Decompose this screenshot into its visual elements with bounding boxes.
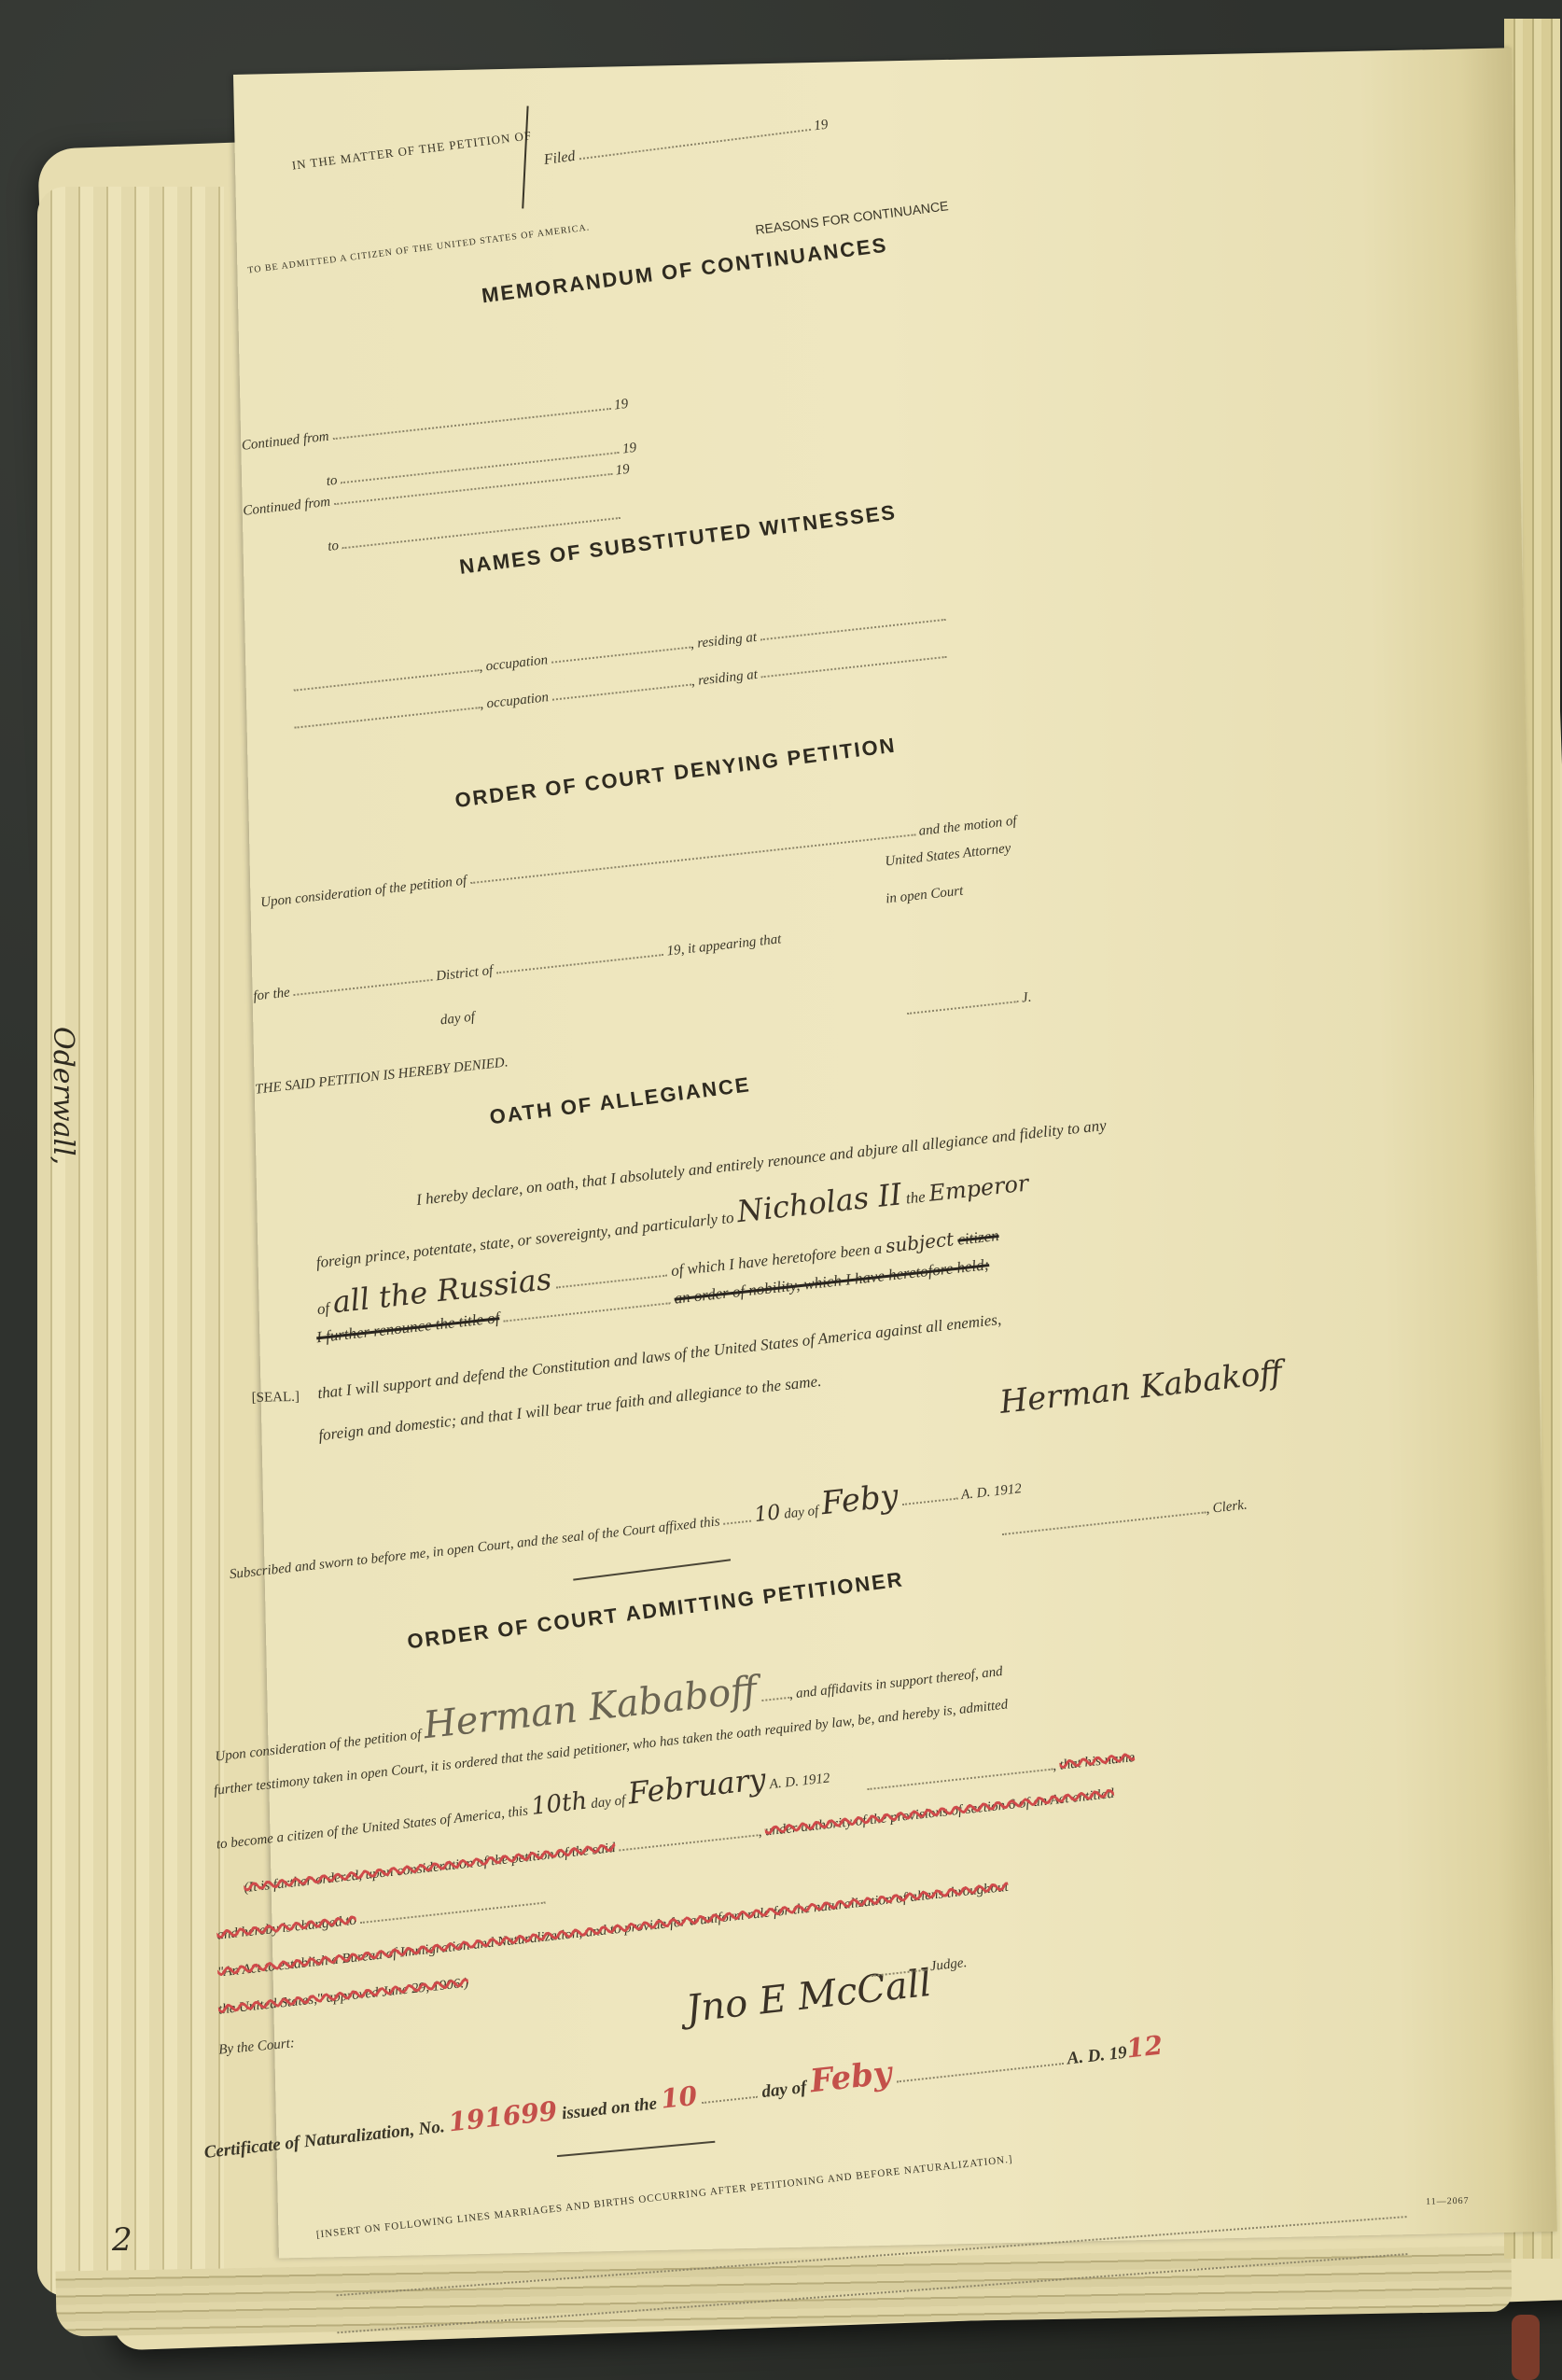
struck-citizen: citizen (956, 1226, 999, 1249)
filed-line: Filed 19 (543, 117, 830, 169)
denied-statement: THE SAID PETITION IS HEREBY DENIED. (255, 1055, 509, 1098)
certificate-year: 12 (1124, 2030, 1164, 2065)
filed-year: 19 (813, 118, 829, 134)
bookmark-ribbon (1512, 2315, 1540, 2380)
denying-day-of: day of (439, 1010, 476, 1029)
insert-note: [INSERT ON FOLLOWING LINES MARRIAGES AND… (315, 2154, 1013, 2241)
admit-label: TO BE ADMITTED A CITIZEN OF THE UNITED S… (246, 217, 591, 277)
filed-label: Filed (543, 148, 577, 168)
denying-judge: J. (906, 990, 1032, 1019)
oath-title: OATH OF ALLEGIANCE (488, 1072, 752, 1129)
certificate-month: Feby (808, 2054, 893, 2100)
left-page-edges (37, 187, 224, 2296)
denying-line-4: for the District of 19, it appearing tha… (253, 931, 783, 1004)
petition-header: IN THE MATTER OF THE PETITION OF (291, 127, 533, 174)
witnesses-title: NAMES OF SUBSTITUTED WITNESSES (458, 500, 898, 580)
matter-label: IN THE MATTER OF THE PETITION OF (291, 128, 533, 172)
form-number: 11—2067 (1426, 2196, 1470, 2207)
header-bracket (522, 105, 528, 208)
subject-word: subject (885, 1227, 955, 1257)
section-divider (573, 1559, 731, 1580)
reasons-label: REASONS FOR CONTINUANCE (754, 198, 949, 237)
continuances-title: MEMORANDUM OF CONTINUANCES (481, 233, 889, 309)
denying-line-3: in open Court (885, 884, 964, 908)
certificate-divider (557, 2141, 715, 2157)
clerk-line: , Clerk. (1001, 1498, 1248, 1540)
denying-title: ORDER OF COURT DENYING PETITION (453, 734, 898, 813)
denying-line-2: United States Attorney (885, 841, 1012, 871)
continued-from-1: Continued from 19 (241, 397, 629, 455)
sovereign-title: Emperor (927, 1169, 1030, 1206)
margin-tab-note: Oderwall, (47, 1027, 79, 1165)
naturalization-record-page: IN THE MATTER OF THE PETITION OF Filed 1… (233, 48, 1557, 2258)
sovereign-name: Nicholas II (735, 1176, 903, 1229)
page-mark: 2 (112, 2221, 132, 2259)
seal-label: [SEAL.] (252, 1390, 300, 1407)
certificate-day: 10 (659, 2080, 698, 2115)
admitting-title: ORDER OF COURT ADMITTING PETITIONER (406, 1567, 905, 1654)
petitioner-signature: Herman Kabakoff (998, 1353, 1285, 1421)
certificate-number: 191699 (447, 2095, 559, 2137)
sworn-line: Subscribed and sworn to before me, in op… (227, 1463, 1023, 1587)
